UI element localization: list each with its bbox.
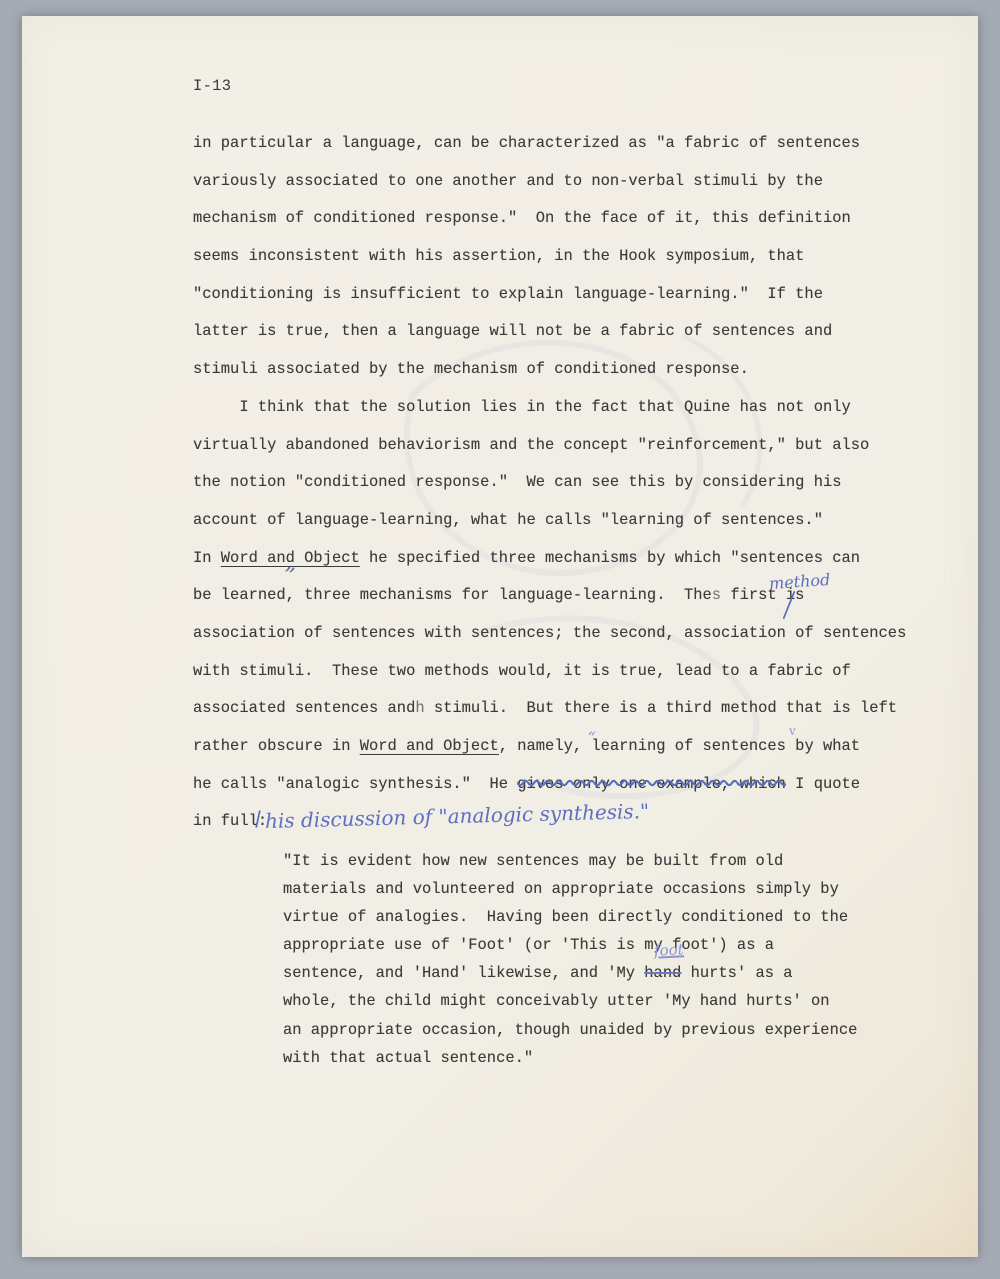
typed-text: "conditioning is insufficient to explain…	[193, 285, 823, 303]
typed-line: seems inconsistent with his assertion, i…	[193, 238, 906, 276]
typed-line: rather obscure in Word and Object, namel…	[193, 728, 906, 766]
typed-line: associated sentences andh stimuli. But t…	[193, 690, 906, 728]
document-page: I-13 in particular a language, can be ch…	[22, 16, 978, 1257]
scanner-background: { "colors": { "scan_background": "#a5abb…	[0, 0, 1000, 1279]
typed-text: variously associated to one another and …	[193, 172, 823, 190]
typed-text: sentence, and 'Hand' likewise, and 'My	[283, 964, 644, 982]
typed-text: , namely, learning of sentences by what	[499, 737, 860, 755]
page-number: I-13	[193, 79, 231, 94]
typed-text: mechanism of conditioned response." On t…	[193, 209, 851, 227]
typed-line: materials and volunteered on appropriate…	[283, 875, 857, 903]
typed-line: appropriate use of 'Foot' (or 'This is m…	[283, 931, 857, 959]
typed-text: latter is true, then a language will not…	[193, 322, 832, 340]
ink-struck-word: hand	[644, 964, 681, 982]
typed-line: whole, the child might conceivably utter…	[283, 987, 857, 1015]
typed-text: virtue of analogies. Having been directl…	[283, 908, 848, 926]
typed-text: materials and volunteered on appropriate…	[283, 880, 839, 898]
typed-text: in particular a language, can be charact…	[193, 134, 860, 152]
typed-line: association of sentences with sentences;…	[193, 615, 906, 653]
typed-text: virtually abandoned behaviorism and the …	[193, 436, 869, 454]
typed-text: stimuli associated by the mechanism of c…	[193, 360, 749, 378]
typed-line: "It is evident how new sentences may be …	[283, 847, 857, 875]
typed-text: stimuli. But there is a third method tha…	[425, 699, 897, 717]
typed-text: I think that the solution lies in the fa…	[193, 398, 851, 416]
block-quote: "It is evident how new sentences may be …	[283, 847, 857, 1072]
typed-text: with that actual sentence."	[283, 1049, 533, 1067]
typed-text: the notion "conditioned response." We ca…	[193, 473, 841, 491]
handwritten-insertion-foot: foot	[654, 940, 685, 960]
typed-line: stimuli associated by the mechanism of c…	[193, 351, 906, 389]
typed-text: association of sentences with sentences;…	[193, 624, 906, 642]
typed-text: associated sentences and	[193, 699, 415, 717]
typed-line: variously associated to one another and …	[193, 163, 906, 201]
typed-text: appropriate use of 'Foot' (or 'This is m…	[283, 936, 774, 954]
typed-line: he calls "analogic synthesis." He gives …	[193, 766, 906, 804]
typed-line: virtue of analogies. Having been directl…	[283, 903, 857, 931]
typed-text: he specified three mechanisms by which "…	[360, 549, 860, 567]
typed-text: rather obscure in	[193, 737, 360, 755]
typed-line: with that actual sentence."	[283, 1044, 857, 1072]
typed-line: account of language-learning, what he ca…	[193, 502, 906, 540]
typed-text: "It is evident how new sentences may be …	[283, 852, 783, 870]
typed-text: with stimuli. These two methods would, i…	[193, 662, 851, 680]
typed-line: "conditioning is insufficient to explain…	[193, 276, 906, 314]
typed-text: an appropriate occasion, though unaided …	[283, 1021, 857, 1039]
typed-line: sentence, and 'Hand' likewise, and 'My h…	[283, 959, 857, 987]
typed-text: seems inconsistent with his assertion, i…	[193, 247, 804, 265]
erased-character: s	[712, 586, 721, 604]
typed-line: an appropriate occasion, though unaided …	[283, 1016, 857, 1044]
typed-text: account of language-learning, what he ca…	[193, 511, 823, 529]
book-title-underlined: Word and Object	[360, 737, 499, 755]
typed-line: in particular a language, can be charact…	[193, 125, 906, 163]
typed-line: I think that the solution lies in the fa…	[193, 389, 906, 427]
typed-line: the notion "conditioned response." We ca…	[193, 464, 906, 502]
typed-text: In	[193, 549, 221, 567]
typed-body: in particular a language, can be charact…	[193, 125, 906, 841]
typed-line: with stimuli. These two methods would, i…	[193, 653, 906, 691]
typed-text: hurts' as a	[681, 964, 792, 982]
typed-text: I quote	[786, 775, 860, 793]
typed-text: whole, the child might conceivably utter…	[283, 992, 830, 1010]
typed-line: virtually abandoned behaviorism and the …	[193, 427, 906, 465]
typed-line: latter is true, then a language will not…	[193, 313, 906, 351]
erased-character: h	[415, 699, 424, 717]
typed-text: he calls "analogic synthesis." He	[193, 775, 517, 793]
handwritten-close-quote-mark: v	[789, 724, 796, 738]
typed-line: mechanism of conditioned response." On t…	[193, 200, 906, 238]
typed-text: be learned, three mechanisms for languag…	[193, 586, 712, 604]
ink-struck-text: gives only one example, which	[517, 775, 786, 793]
